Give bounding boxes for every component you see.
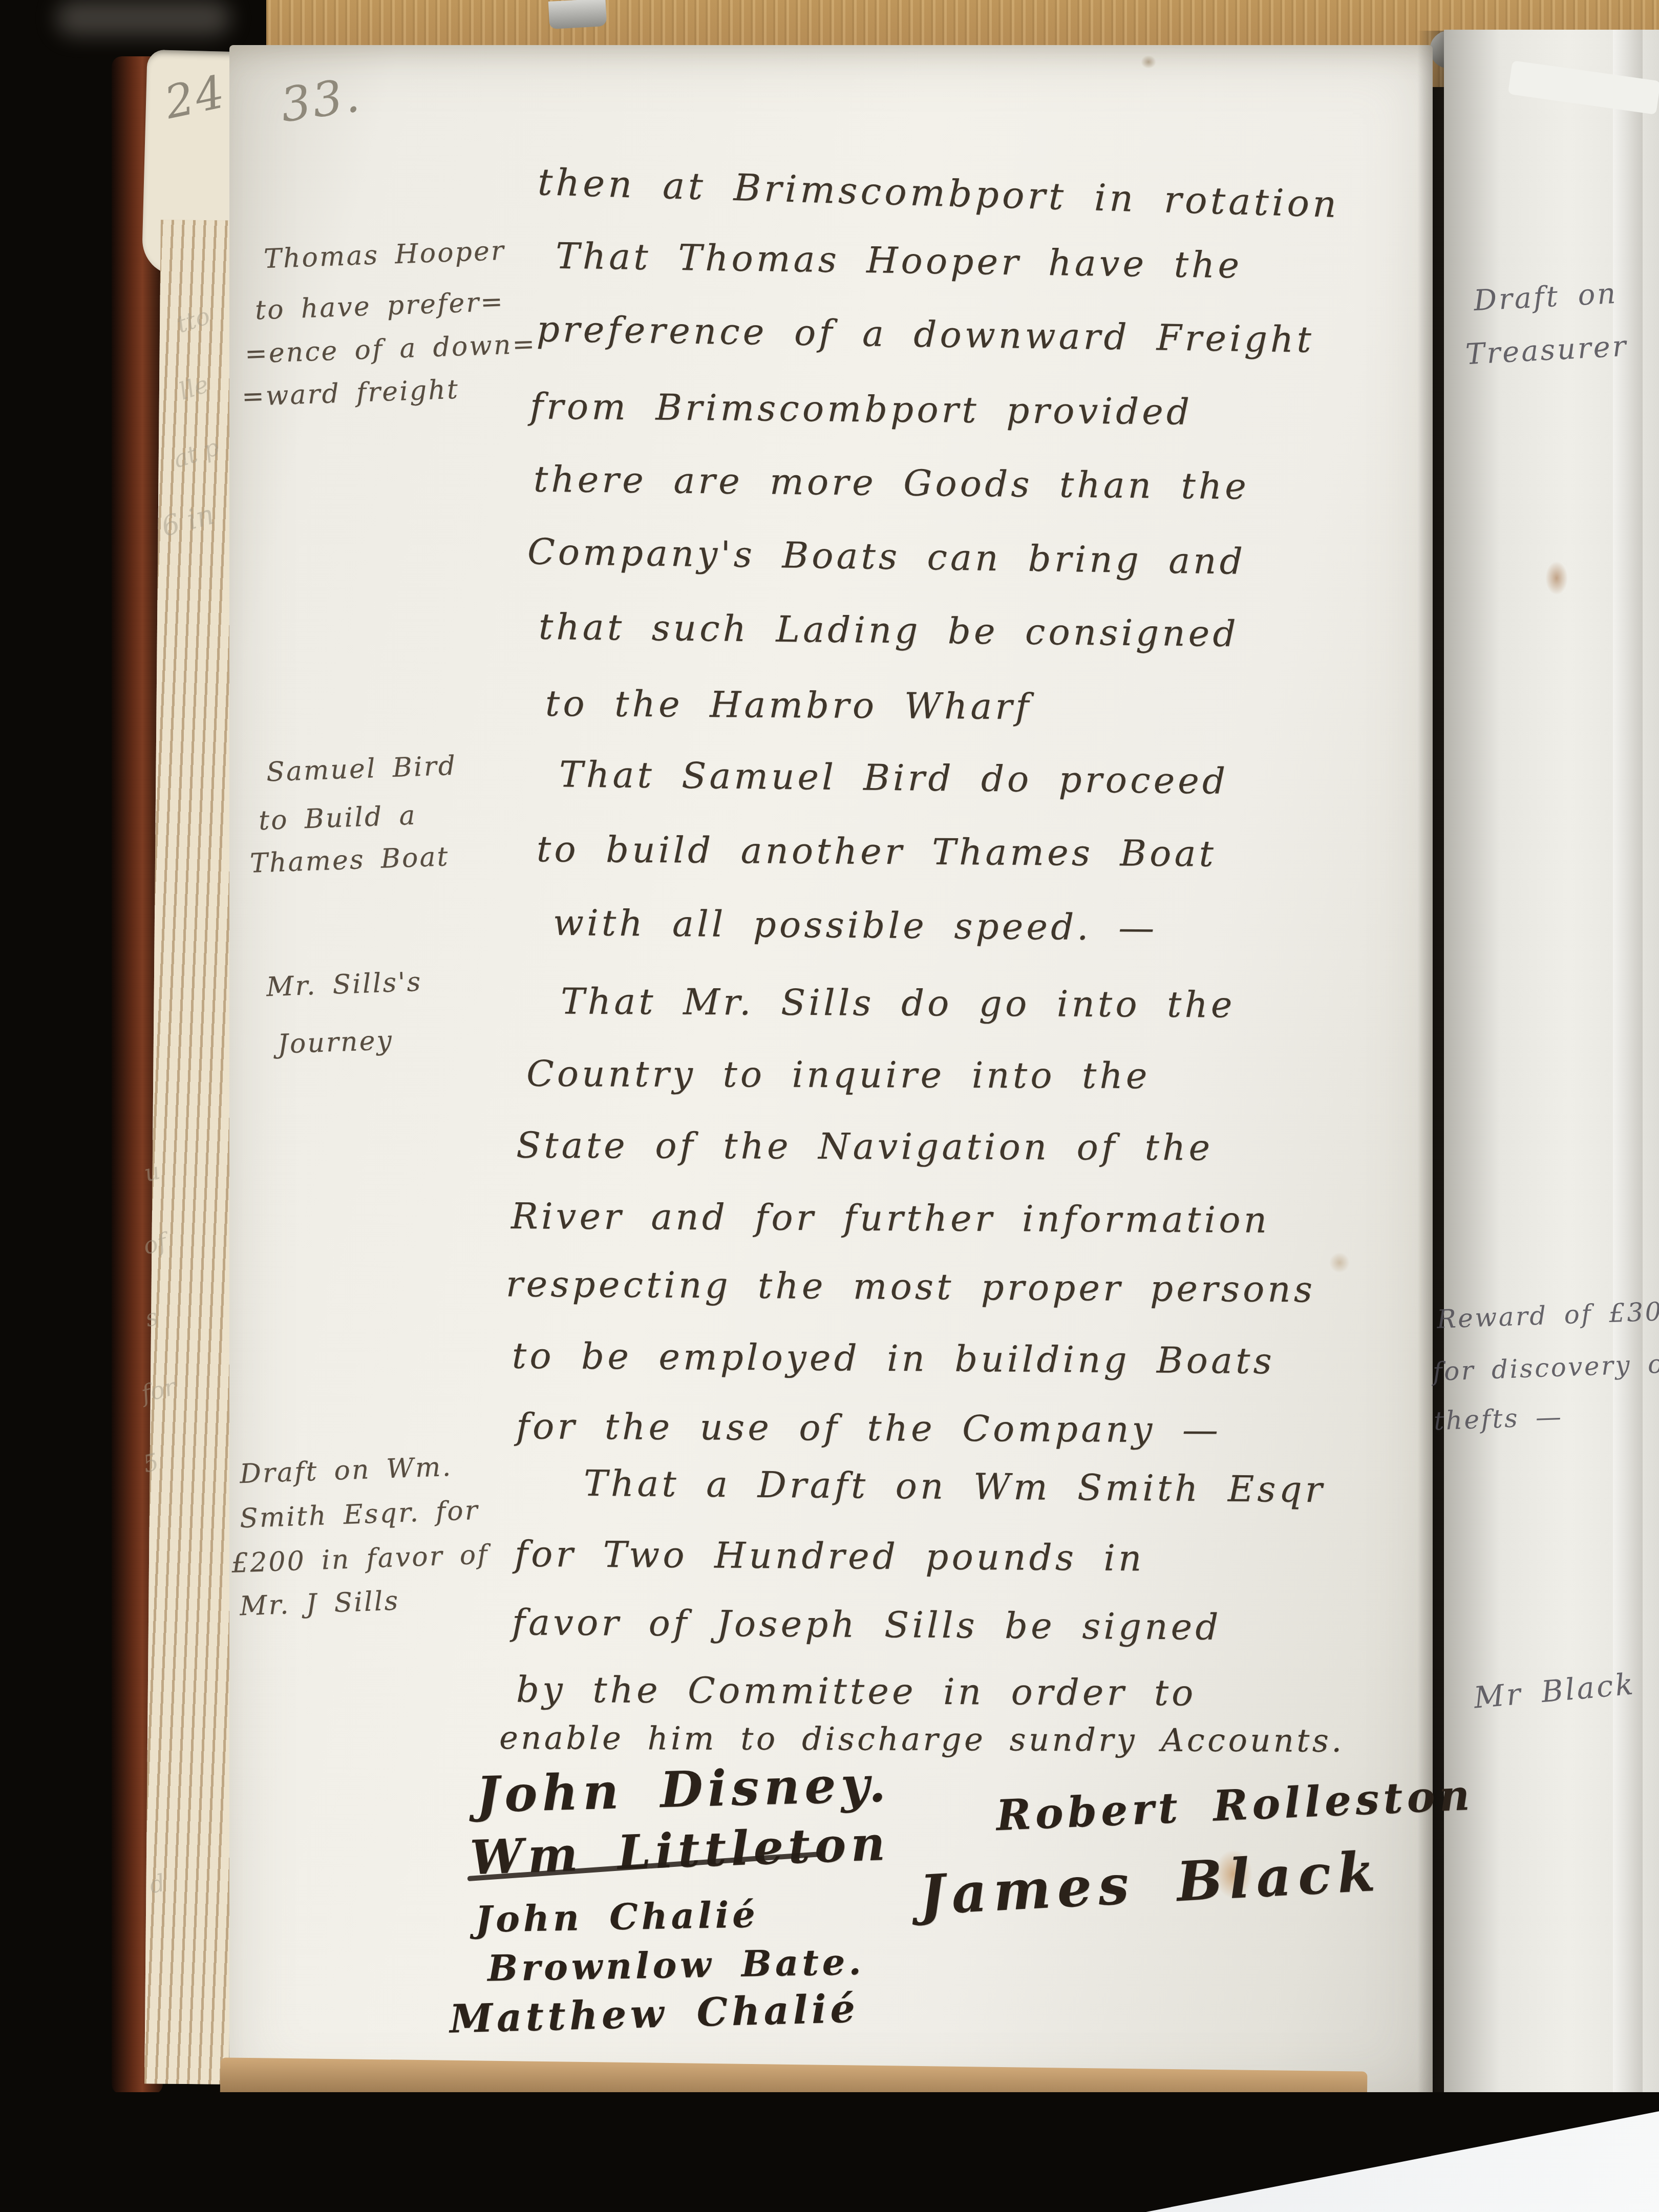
minute-text-line: there are more Goods than the: [534, 458, 1250, 508]
photograph-of-minute-book: 24 33. then at Brimscombport in rotation…: [0, 0, 1659, 2212]
minute-text-line: State of the Navigation of the: [516, 1124, 1213, 1169]
metal-clip: [548, 0, 607, 29]
margin-note-line: to Build a: [258, 800, 417, 837]
stain: [1545, 561, 1568, 595]
margin-note-line: Mr. Sills's: [266, 967, 422, 1003]
minute-text-line: to the Hambro Wharf: [545, 683, 1032, 728]
minute-text-line: for Two Hundred pounds in: [515, 1533, 1145, 1580]
minute-text-line: from Brimscombport provided: [530, 385, 1193, 433]
minute-text-line: that such Lading be consigned: [539, 606, 1239, 655]
minute-text-line: for the use of the Company —: [516, 1405, 1222, 1451]
minute-text-line: to be employed in building Boats: [512, 1335, 1275, 1382]
minute-text-line: Country to inquire into the: [526, 1053, 1151, 1097]
minute-text-line: River and for further information: [511, 1195, 1270, 1241]
blurred-object: [56, 0, 230, 36]
signature: John Chalié: [475, 1893, 759, 1941]
facing-page-note-line: thefts —: [1433, 1402, 1563, 1436]
stain: [1329, 1252, 1350, 1273]
minute-text-line: with all possible speed. —: [553, 902, 1158, 949]
minute-text-line: respecting the most proper persons: [506, 1263, 1316, 1310]
minute-text-line: by the Committee in order to: [516, 1669, 1197, 1714]
minute-text-line: That Mr. Sills do go into the: [561, 981, 1236, 1026]
minute-text-line: enable him to discharge sundry Accounts.: [499, 1719, 1345, 1759]
signature: John Disney.: [476, 1755, 891, 1823]
minute-text-line: favor of Joseph Sills be signed: [512, 1601, 1222, 1648]
stain: [1141, 55, 1156, 69]
minute-text-line: to build another Thames Boat: [537, 828, 1217, 875]
minute-text-line: That a Draft on Wm Smith Esqr: [584, 1462, 1326, 1511]
margin-note-line: Journey: [277, 1025, 394, 1060]
signature: Brownlow Bate.: [487, 1941, 865, 1990]
folio-number: 33.: [277, 68, 365, 133]
margin-note-line: Mr. J Sills: [239, 1586, 400, 1622]
minute-text-line: That Samuel Bird do proceed: [559, 753, 1229, 802]
